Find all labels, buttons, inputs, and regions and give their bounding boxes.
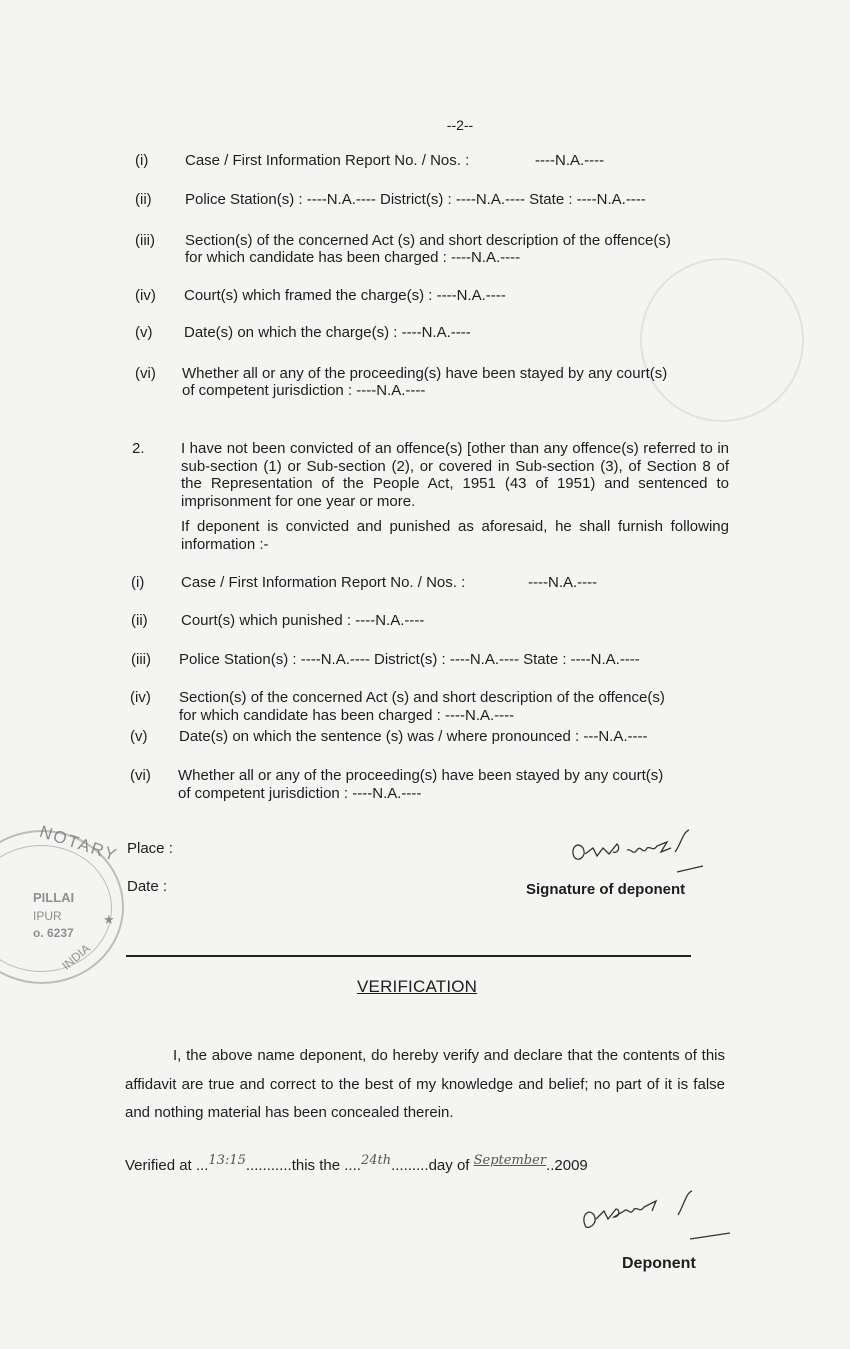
month-handwritten: September: [474, 1153, 546, 1168]
notary-stamp-reg: o. 6237: [33, 926, 74, 940]
day-handwritten: 24th: [361, 1153, 391, 1168]
star-icon: ★: [103, 912, 115, 928]
signature-of-deponent-label: Signature of deponent: [526, 881, 685, 898]
date-label: Date :: [127, 878, 167, 895]
deponent-signature-scribble: [565, 828, 715, 882]
affidavit-page: --2-- (i) Case / First Information Repor…: [0, 0, 850, 1349]
place-label: Place :: [127, 840, 173, 857]
s2-paragraph: I have not been convicted of an offence(…: [181, 440, 729, 510]
page-number: --2--: [0, 117, 850, 133]
verification-body: I, the above name deponent, do hereby ve…: [125, 1042, 725, 1128]
faint-notary-seal: [640, 258, 804, 422]
s2-paragraph-followup: If deponent is convicted and punished as…: [181, 518, 729, 553]
verification-line: Verified at ...13:15...........this the …: [125, 1157, 588, 1174]
deponent-signature-scribble-2: [578, 1187, 738, 1251]
notary-stamp-city: IPUR: [33, 909, 62, 923]
deponent-label: Deponent: [622, 1255, 696, 1273]
verified-at-handwritten: 13:15: [208, 1153, 245, 1168]
verification-title: VERIFICATION: [357, 977, 477, 997]
divider-line: [126, 955, 691, 957]
notary-stamp-name: PILLAI: [33, 890, 74, 905]
